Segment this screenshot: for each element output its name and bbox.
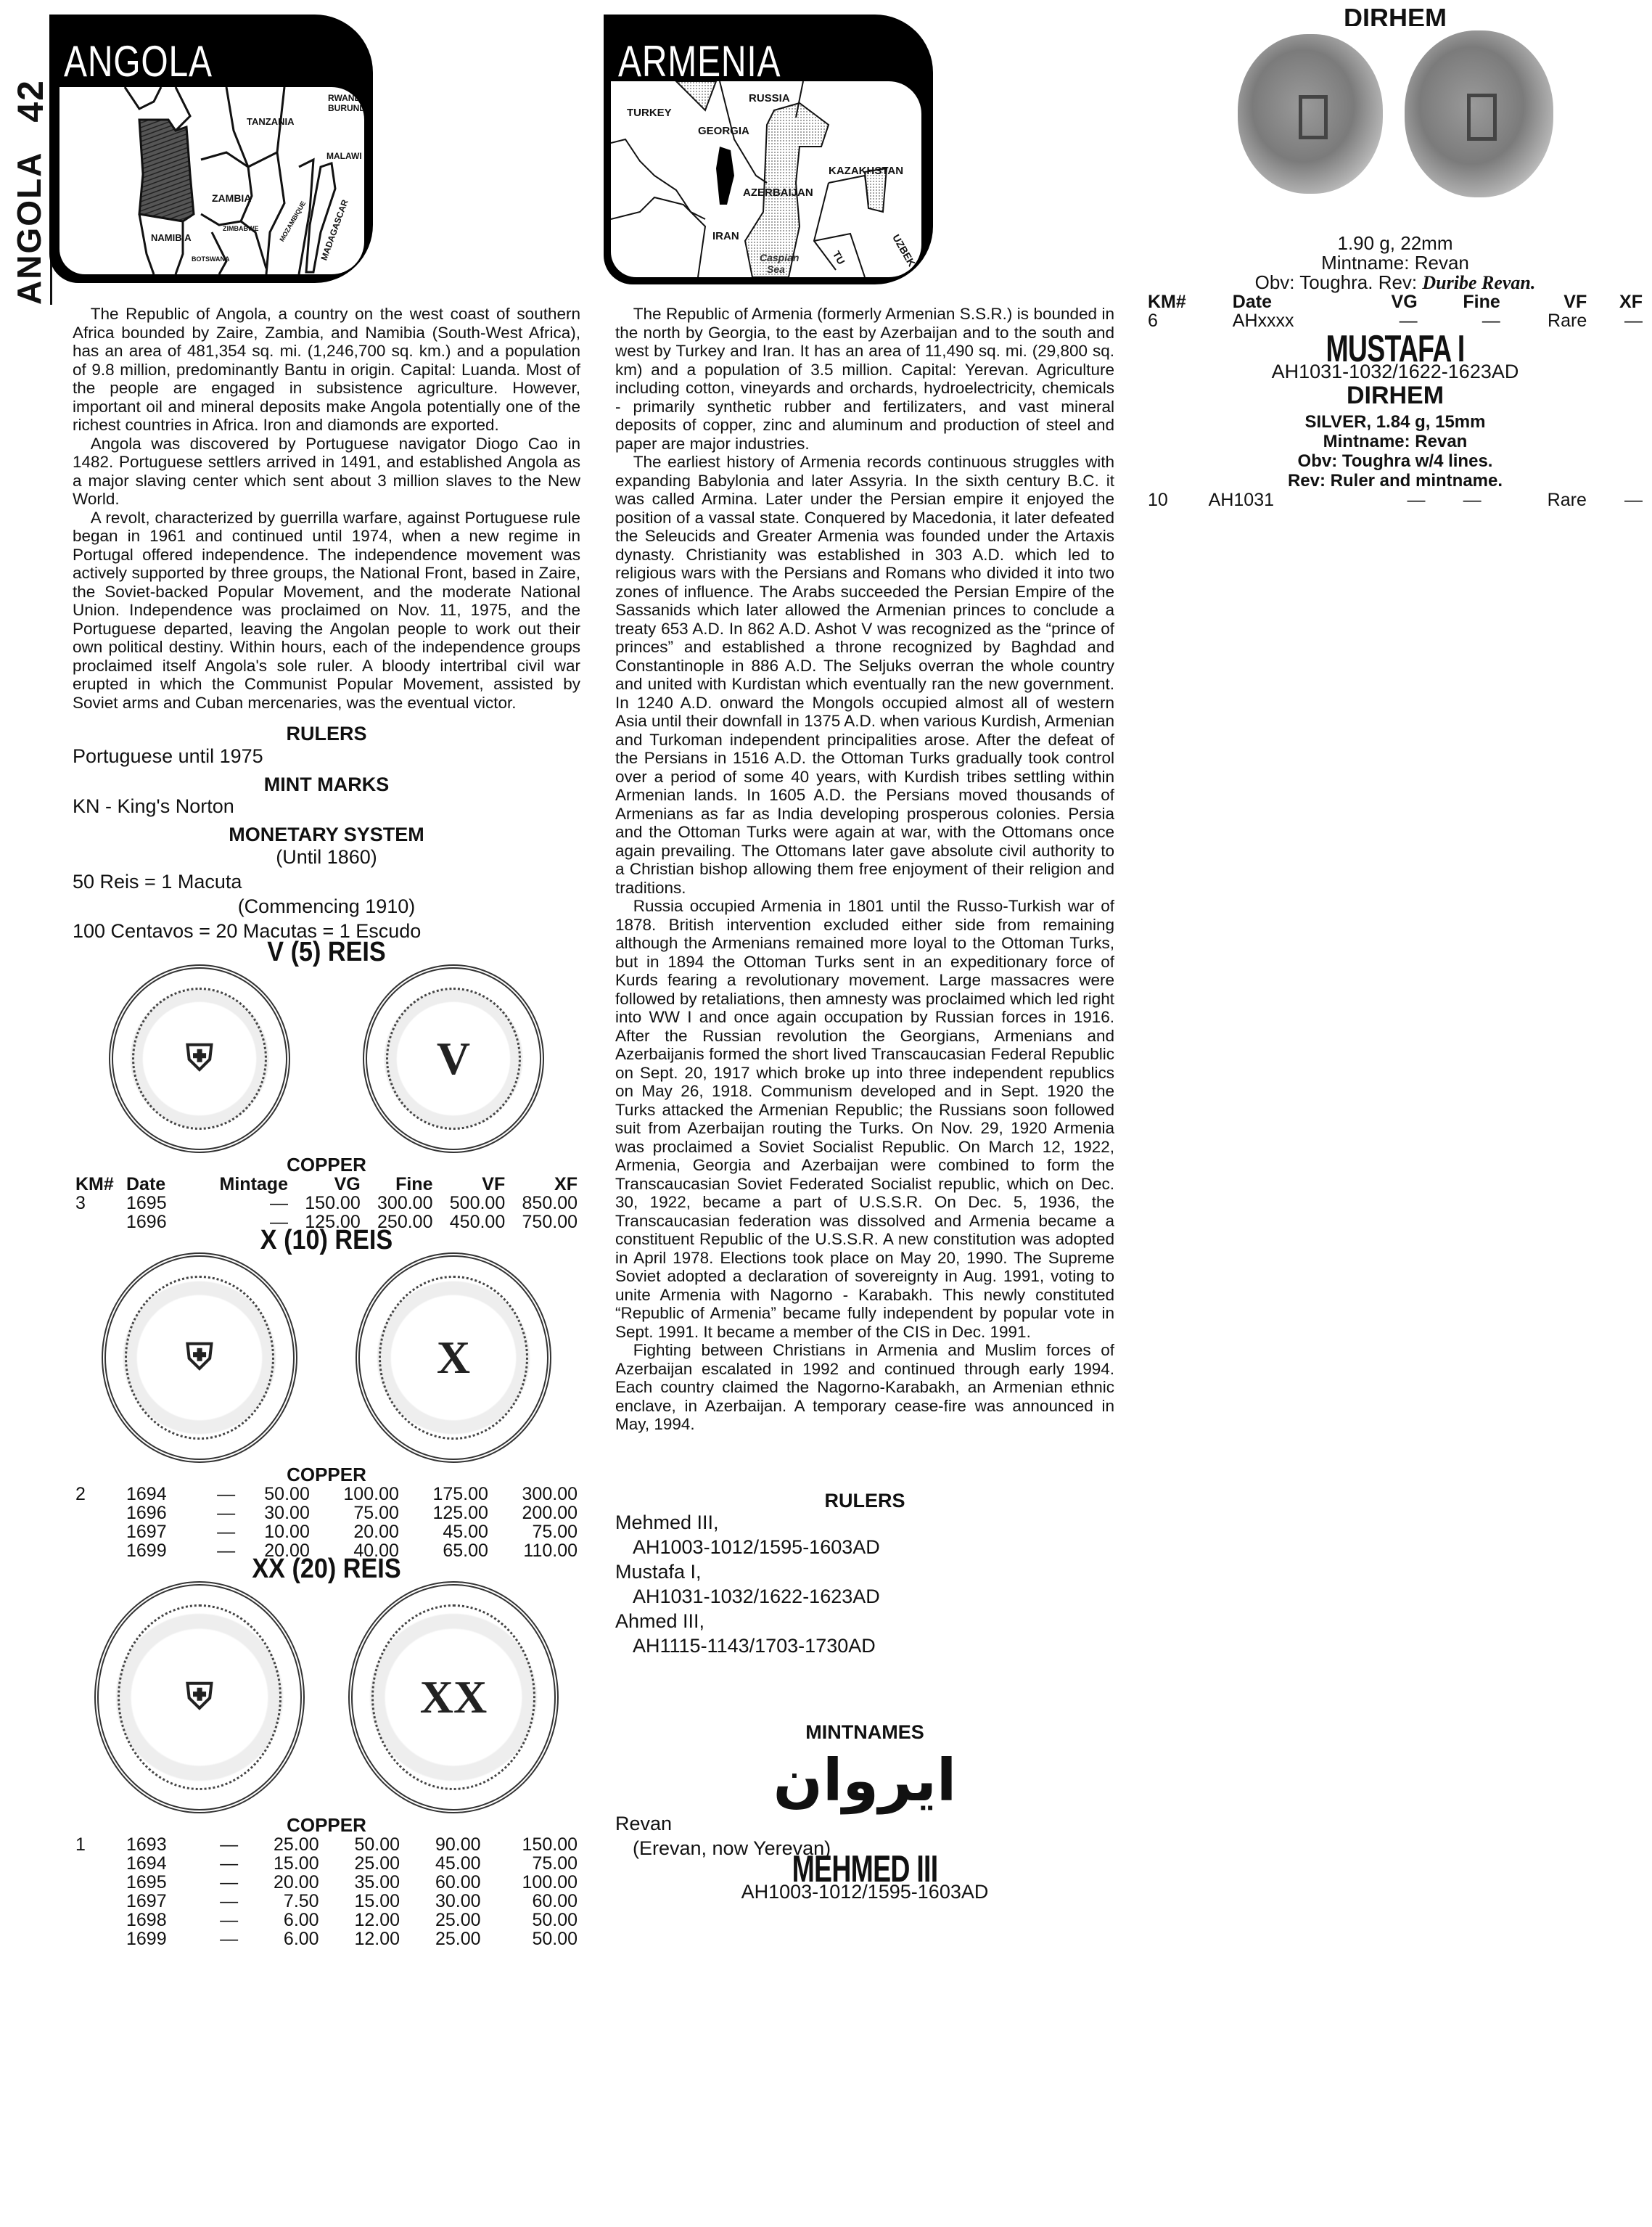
map-label-turkey: TURKEY [627, 107, 672, 119]
ruler-dates: AH1003-1012/1595-1603AD [615, 1535, 1114, 1559]
coin-price-table: 21694—50.00100.00175.00300.001696—30.007… [73, 1485, 580, 1560]
table-row: 10 AH1031 — — Rare — [1145, 491, 1645, 509]
table-row: 21694—50.00100.00175.00300.00 [73, 1485, 580, 1504]
coin-listing: X (10) REIS ⛨ X COPPER21694—50.00100.001… [73, 1231, 580, 1560]
angola-history-paragraph: Angola was discovered by Portuguese navi… [73, 435, 580, 509]
armenia-modern-history-paragraph: Russia occupied Armenia in 1801 until th… [615, 897, 1114, 1341]
ruler-dates: AH1115-1143/1703-1730AD [615, 1633, 1114, 1658]
coin-reverse-image: V [363, 964, 544, 1153]
coin-price-table: 11693—25.0050.0090.00150.001694—15.0025.… [73, 1835, 580, 1948]
mint-marks-text: KN - King's Norton [73, 794, 580, 819]
dirhem1-specs: 1.90 g, 22mm [1145, 234, 1645, 253]
dirhem2-obverse: Obv: Toughra w/4 lines. [1145, 451, 1645, 471]
dirhem2-price-table: 10 AH1031 — — Rare — [1145, 491, 1645, 509]
armenia-conflict-paragraph: Fighting between Christians in Armenia a… [615, 1341, 1114, 1434]
table-row: 1697—7.5015.0030.0060.00 [73, 1892, 580, 1911]
table-row: 31695—150.00300.00500.00850.00 [73, 1194, 580, 1213]
ruler-name-mehmed: MEHMED III [685, 1861, 1044, 1879]
map-label-kazakhstan: KAZAKHSTAN [829, 165, 903, 177]
map-label-botswana: BOTSWANA [192, 255, 230, 263]
map-label-georgia: GEORGIA [698, 125, 749, 137]
angola-independence-paragraph: A revolt, characterized by guerrilla war… [73, 509, 580, 713]
table-row: 1694—15.0025.0045.0075.00 [73, 1854, 580, 1873]
armenia-map: ARMENIA Caspian Sea TUR [604, 15, 933, 284]
map-label-rwanda: RWANDA [328, 93, 364, 103]
armenia-intro-paragraph: The Republic of Armenia (formerly Armeni… [615, 305, 1114, 453]
monetary-system-heading: MONETARY SYSTEM [73, 826, 580, 845]
map-label-zambia: ZAMBIA [212, 192, 251, 204]
ruler-name: Ahmed III, [615, 1609, 1114, 1633]
angola-column: The Republic of Angola, a country on the… [73, 305, 580, 1948]
coin-images: ⛨ X [73, 1252, 580, 1463]
coin-images: ⛨ XX [73, 1581, 580, 1813]
armenia-rulers-heading: RULERS [615, 1492, 1114, 1511]
coin-obverse-image: ⛨ [102, 1252, 297, 1463]
mint-marks-heading: MINT MARKS [73, 776, 580, 795]
ruler-dates: AH1031-1032/1622-1623AD [615, 1584, 1114, 1609]
ruler-name-mustafa: MUSTAFA I [1215, 340, 1576, 359]
dirhem1-price-table: KM# Date VG Fine VF XF 6 AHxxxx — — Rare… [1145, 292, 1645, 330]
monetary-rule-1: 50 Reis = 1 Macuta [73, 869, 580, 894]
mintnames-heading: MINTNAMES [615, 1723, 1114, 1742]
table-row: 1697—10.0020.0045.0075.00 [73, 1522, 580, 1541]
coin-metal: COPPER [73, 1156, 580, 1175]
running-head-country: ANGOLA [9, 152, 52, 305]
map-label-namibia: NAMIBIA [151, 232, 192, 243]
coin-obverse-image: ⛨ [109, 964, 290, 1153]
angola-shape [139, 120, 194, 221]
table-row: 1695—20.0035.0060.00100.00 [73, 1873, 580, 1892]
map-label-azerbaijan: AZERBAIJAN [743, 186, 813, 199]
dirhem-top-heading: DIRHEM [1145, 7, 1645, 26]
running-head: ANGOLA 42 [9, 15, 52, 305]
angola-map-title: ANGOLA [64, 36, 213, 86]
dirhem-obverse-image [1238, 34, 1383, 194]
dirhem1-mintname: Mintname: Revan [1145, 253, 1645, 273]
dirhem2-denomination: DIRHEM [1145, 387, 1645, 406]
armenia-early-history-paragraph: The earliest history of Armenia records … [615, 453, 1114, 897]
armenia-rulers-list: Mehmed III,AH1003-1012/1595-1603ADMustaf… [615, 1510, 1114, 1658]
coin-denomination: XX (20) REIS [98, 1560, 555, 1579]
map-label-burundi: BURUNDI [328, 103, 364, 113]
dirhem1-description: Obv: Toughra. Rev: Duribe Revan. [1145, 273, 1645, 292]
dirhem-coin-images [1145, 30, 1645, 197]
table-row: 1696—30.0075.00125.00200.00 [73, 1504, 580, 1522]
coin-reverse-image: X [356, 1252, 551, 1463]
coin-listing: V (5) REIS ⛨ V COPPERKM#DateMintageVGFin… [73, 943, 580, 1231]
table-header-row: KM# Date VG Fine VF XF [1145, 292, 1645, 311]
table-row: 1699—6.0012.0025.0050.00 [73, 1929, 580, 1948]
coin-reverse-image: XX [348, 1581, 559, 1813]
mintname-arabic: ايروان [615, 1771, 1114, 1790]
coin-obverse-image: ⛨ [94, 1581, 305, 1813]
coin-listings: V (5) REIS ⛨ V COPPERKM#DateMintageVGFin… [73, 943, 580, 1948]
coin-images: ⛨ V [73, 964, 580, 1153]
map-label-iran: IRAN [712, 230, 739, 242]
map-label-zimbabwe: ZIMBABWE [223, 225, 259, 232]
ruler-name: Mehmed III, [615, 1510, 1114, 1535]
coin-metal: COPPER [73, 1816, 580, 1835]
angola-map: ANGOLA RWANDA BURU [49, 15, 373, 283]
map-label-russia: RUSSIA [749, 92, 790, 104]
map-label-tanzania: TANZANIA [247, 116, 294, 127]
coin-listing: XX (20) REIS ⛨ XX COPPER11693—25.0050.00… [73, 1560, 580, 1948]
map-label-malawi: MALAWI [326, 151, 362, 161]
map-label-caspian: Caspian [760, 252, 799, 263]
page-number: 42 [9, 79, 52, 123]
coin-denomination: X (10) REIS [98, 1231, 555, 1250]
table-row: 1698—6.0012.0025.0050.00 [73, 1911, 580, 1929]
table-header-row: KM#DateMintageVGFineVFXF [73, 1175, 580, 1194]
monetary-period-1: (Until 1860) [73, 845, 580, 869]
ruler-name: Mustafa I, [615, 1559, 1114, 1584]
angola-intro-paragraph: The Republic of Angola, a country on the… [73, 305, 580, 435]
right-column: DIRHEM 1.90 g, 22mm Mintname: Revan Obv:… [1145, 7, 1645, 509]
dirhem2-specs: SILVER, 1.84 g, 15mm [1145, 412, 1645, 432]
armenia-map-canvas: Caspian Sea TURKEY RUSSIA GEORGIA KAZAKH… [611, 81, 921, 277]
coin-denomination: V (5) REIS [98, 943, 555, 962]
armenia-column: The Republic of Armenia (formerly Armeni… [615, 305, 1114, 1904]
dirhem2-mintname: Mintname: Revan [1145, 432, 1645, 451]
dirhem-reverse-image [1405, 30, 1553, 197]
dirhem2-reverse: Rev: Ruler and mintname. [1145, 471, 1645, 491]
coin-metal: COPPER [73, 1466, 580, 1485]
monetary-period-2: (Commencing 1910) [73, 894, 580, 919]
angola-map-canvas: RWANDA BURUNDI TANZANIA MALAWI ZAMBIA MO… [59, 87, 364, 274]
angola-map-drawing [59, 87, 364, 274]
map-label-sea: Sea [767, 263, 785, 275]
armenia-map-title: ARMENIA [618, 36, 781, 86]
table-row: 11693—25.0050.0090.00150.00 [73, 1835, 580, 1854]
coin-price-table: KM#DateMintageVGFineVFXF31695—150.00300.… [73, 1175, 580, 1231]
angola-rulers-heading: RULERS [73, 725, 580, 744]
angola-rulers-text: Portuguese until 1975 [73, 744, 580, 768]
mintname-latin: Revan [615, 1811, 1114, 1836]
